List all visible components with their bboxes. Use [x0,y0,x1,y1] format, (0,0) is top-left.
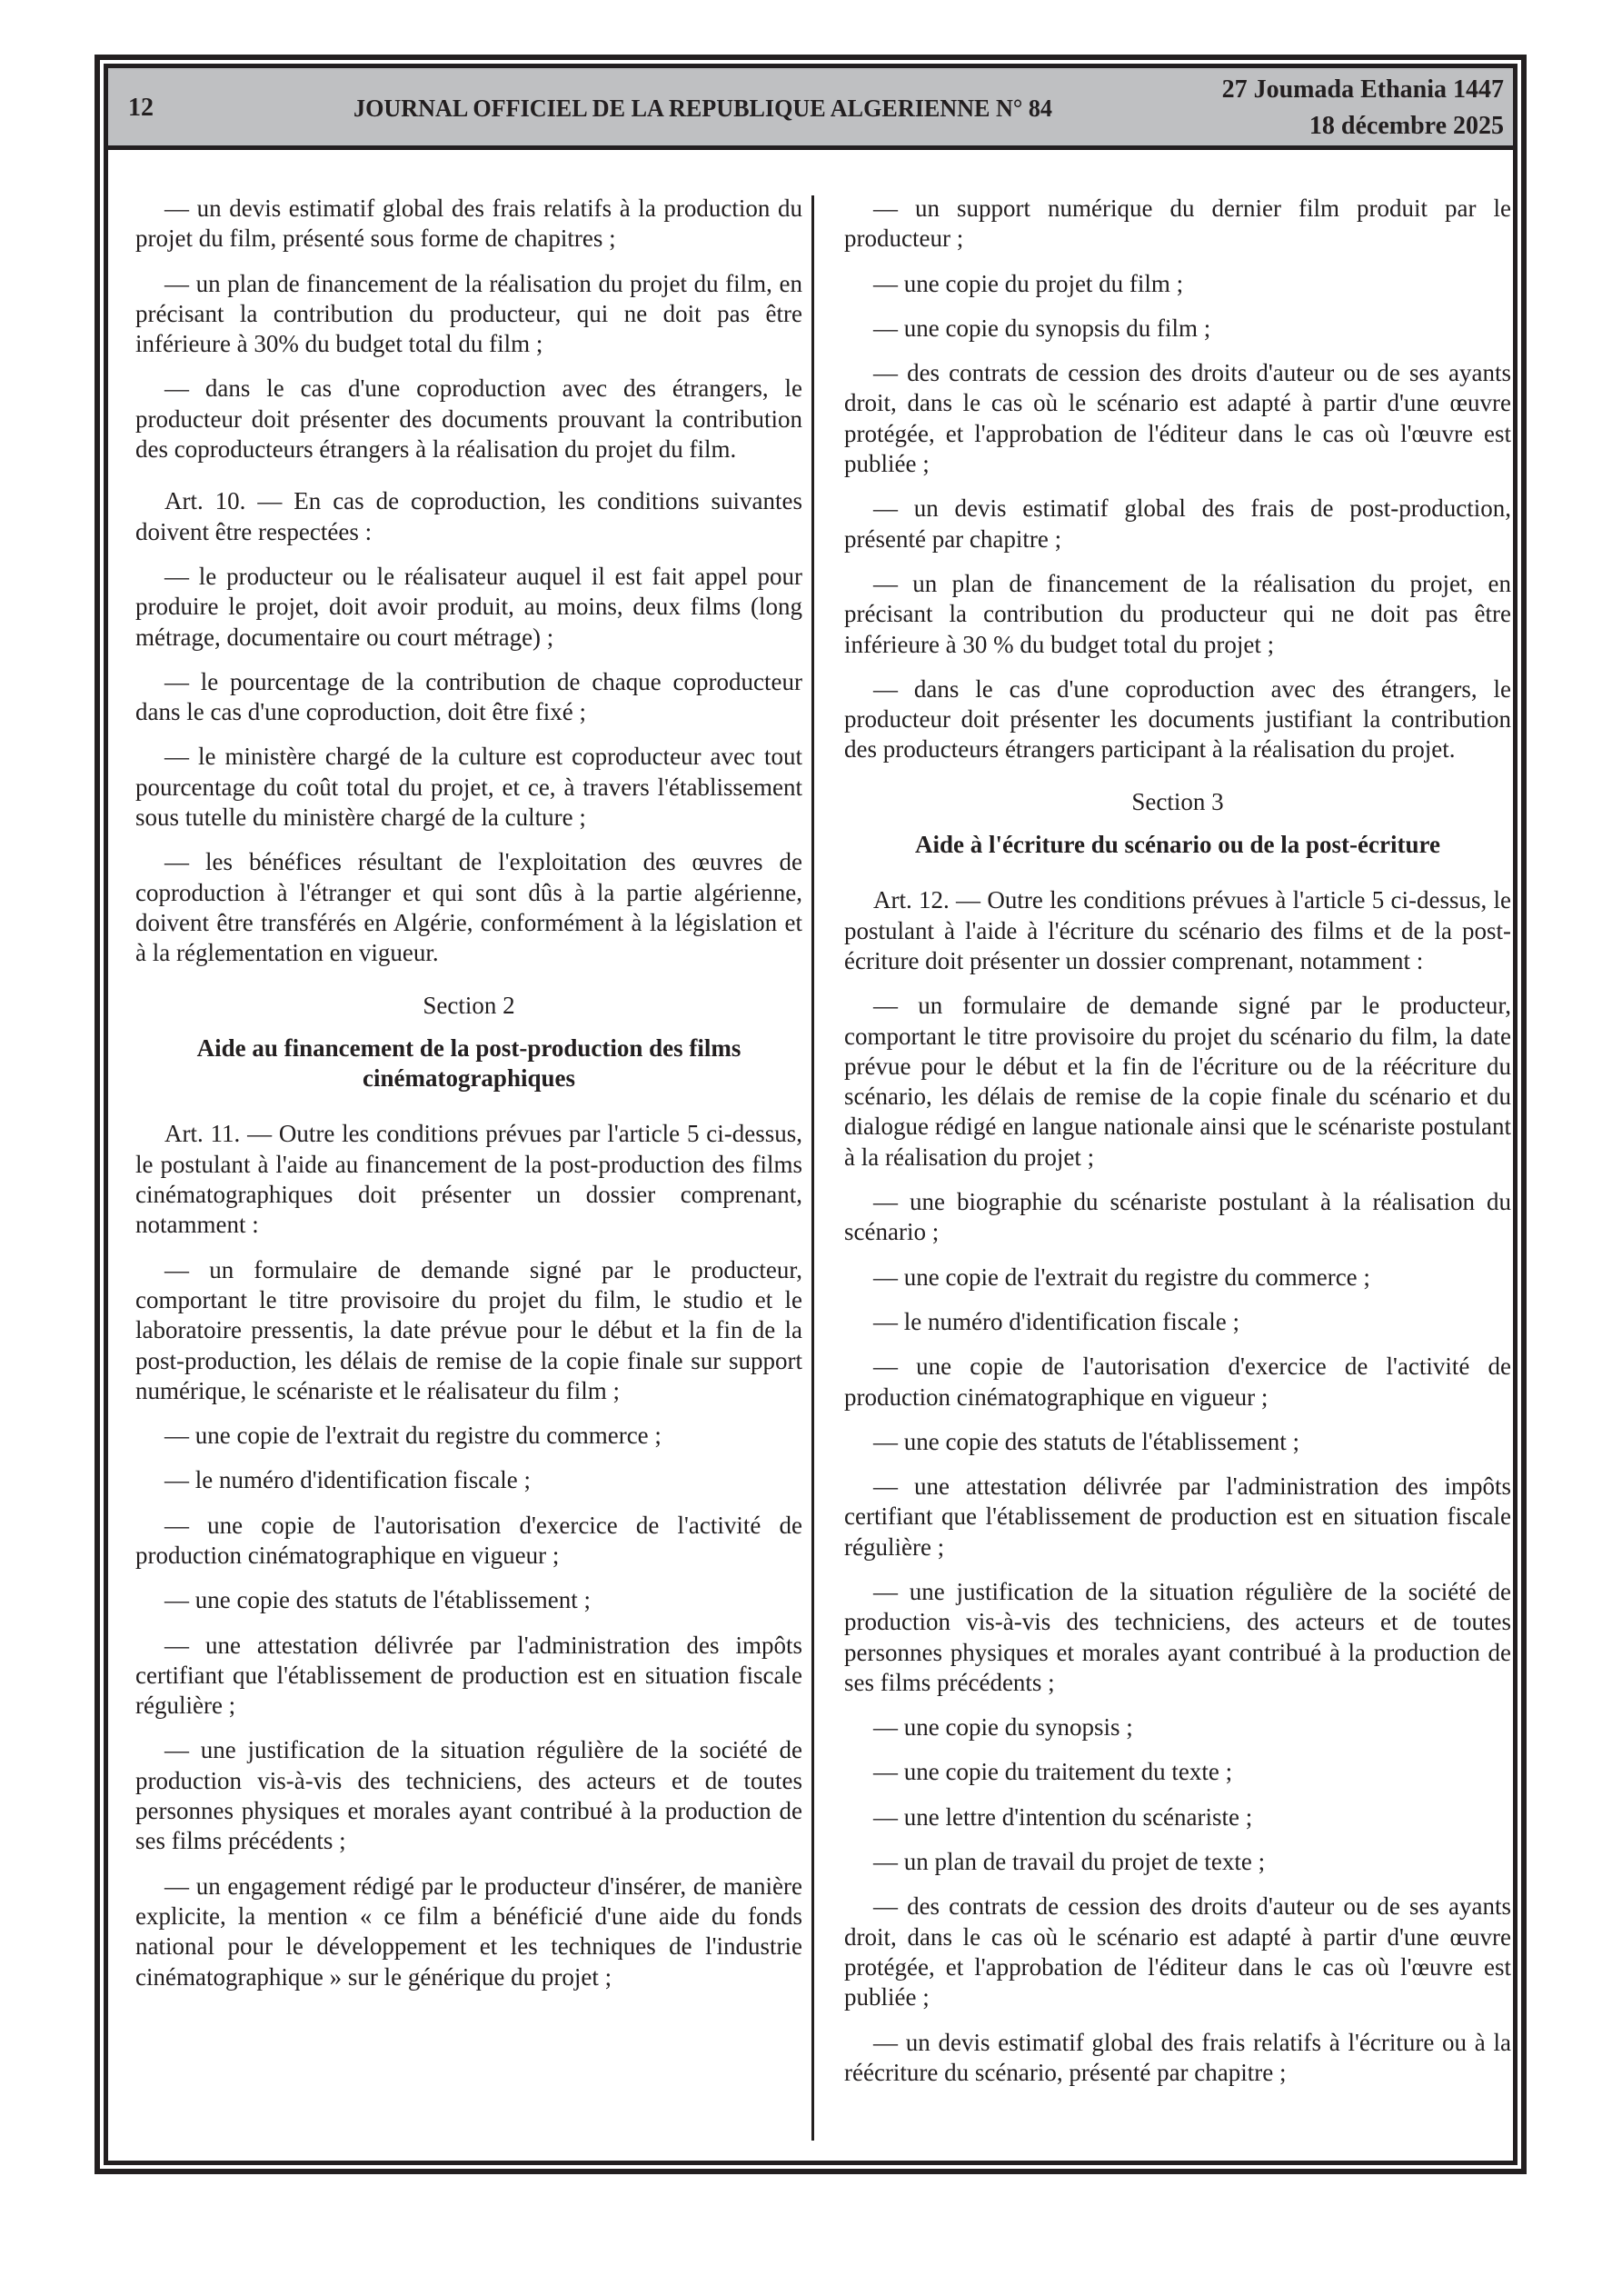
article-10-item: — le pourcentage de la contribution de c… [135,667,802,728]
article-12-item: — un devis estimatif global des frais re… [844,2028,1511,2089]
paragraph: — dans le cas d'une coproduction avec de… [135,374,802,464]
column-divider [811,195,814,2141]
article-12-item: — une copie de l'autorisation d'exercice… [844,1352,1511,1413]
right-column: — un support numérique du dernier film p… [844,194,1511,2102]
article-12-item: — une lettre d'intention du scénariste ; [844,1802,1511,1832]
article-12-item: — le numéro d'identification fiscale ; [844,1307,1511,1337]
article-12-item: — des contrats de cession des droits d'a… [844,1892,1511,2012]
article-12-item: — une justification de la situation régu… [844,1577,1511,1698]
paragraph: — un devis estimatif global des frais re… [135,194,802,255]
article-11-item: — une copie du synopsis du film ; [844,314,1511,344]
issue-date: 27 Joumada Ethania 1447 18 décembre 2025 [1222,72,1504,145]
article-11-item: — un devis estimatif global des frais de… [844,494,1511,554]
article-12-item: — une attestation délivrée par l'adminis… [844,1472,1511,1562]
article-12-item: — un formulaire de demande signé par le … [844,991,1511,1173]
article-11-item: — un plan de financement de la réalisati… [844,569,1511,660]
article-12-item: — une copie du traitement du texte ; [844,1757,1511,1787]
article-12-item: — un plan de travail du projet de texte … [844,1847,1511,1877]
article-11-item: — le numéro d'identification fiscale ; [135,1465,802,1495]
section-3-title: Aide à l'écriture du scénario ou de la p… [844,830,1511,860]
paragraph: — un plan de financement de la réalisati… [135,269,802,360]
left-column: — un devis estimatif global des frais re… [135,194,802,2007]
article-11-item: — une copie du projet du film ; [844,269,1511,299]
article-12-item: — une copie du synopsis ; [844,1712,1511,1742]
article-12-item: — une copie des statuts de l'établisseme… [844,1427,1511,1457]
article-11-item: — des contrats de cession des droits d'a… [844,358,1511,479]
article-11-item: — un support numérique du dernier film p… [844,194,1511,255]
article-11-item: — dans le cas d'une coproduction avec de… [844,674,1511,765]
article-12-intro: Art. 12. — Outre les conditions prévues … [844,885,1511,976]
article-10-item: — le producteur ou le réalisateur auquel… [135,562,802,653]
article-11-item: — une attestation délivrée par l'adminis… [135,1631,802,1722]
page-frame: 12 JOURNAL OFFICIEL DE LA REPUBLIQUE ALG… [95,55,1527,2174]
page-number: 12 [128,94,154,123]
article-11-item: — une copie de l'autorisation d'exercice… [135,1511,802,1572]
article-12-item: — une biographie du scénariste postulant… [844,1187,1511,1248]
article-11-item: — une copie de l'extrait du registre du … [135,1421,802,1451]
journal-header: 12 JOURNAL OFFICIEL DE LA REPUBLIQUE ALG… [108,68,1513,150]
article-12-item: — une copie de l'extrait du registre du … [844,1263,1511,1293]
hijri-date: 27 Joumada Ethania 1447 [1222,72,1504,108]
article-11-item: — une justification de la situation régu… [135,1735,802,1856]
inner-frame: 12 JOURNAL OFFICIEL DE LA REPUBLIQUE ALG… [104,64,1518,2165]
journal-title: JOURNAL OFFICIEL DE LA REPUBLIQUE ALGERI… [353,94,1052,123]
gregorian-date: 18 décembre 2025 [1222,108,1504,145]
article-11-item: — un formulaire de demande signé par le … [135,1255,802,1406]
article-10-item: — le ministère chargé de la culture est … [135,742,802,833]
section-2-number: Section 2 [135,991,802,1021]
article-11-intro: Art. 11. — Outre les conditions prévues … [135,1119,802,1240]
section-3-number: Section 3 [844,787,1511,817]
article-10-item: — les bénéfices résultant de l'exploitat… [135,847,802,968]
article-11-item: — une copie des statuts de l'établisseme… [135,1585,802,1615]
article-11-item: — un engagement rédigé par le producteur… [135,1872,802,1992]
section-2-title: Aide au financement de la post-productio… [135,1033,802,1094]
article-10-intro: Art. 10. — En cas de coproduction, les c… [135,486,802,547]
